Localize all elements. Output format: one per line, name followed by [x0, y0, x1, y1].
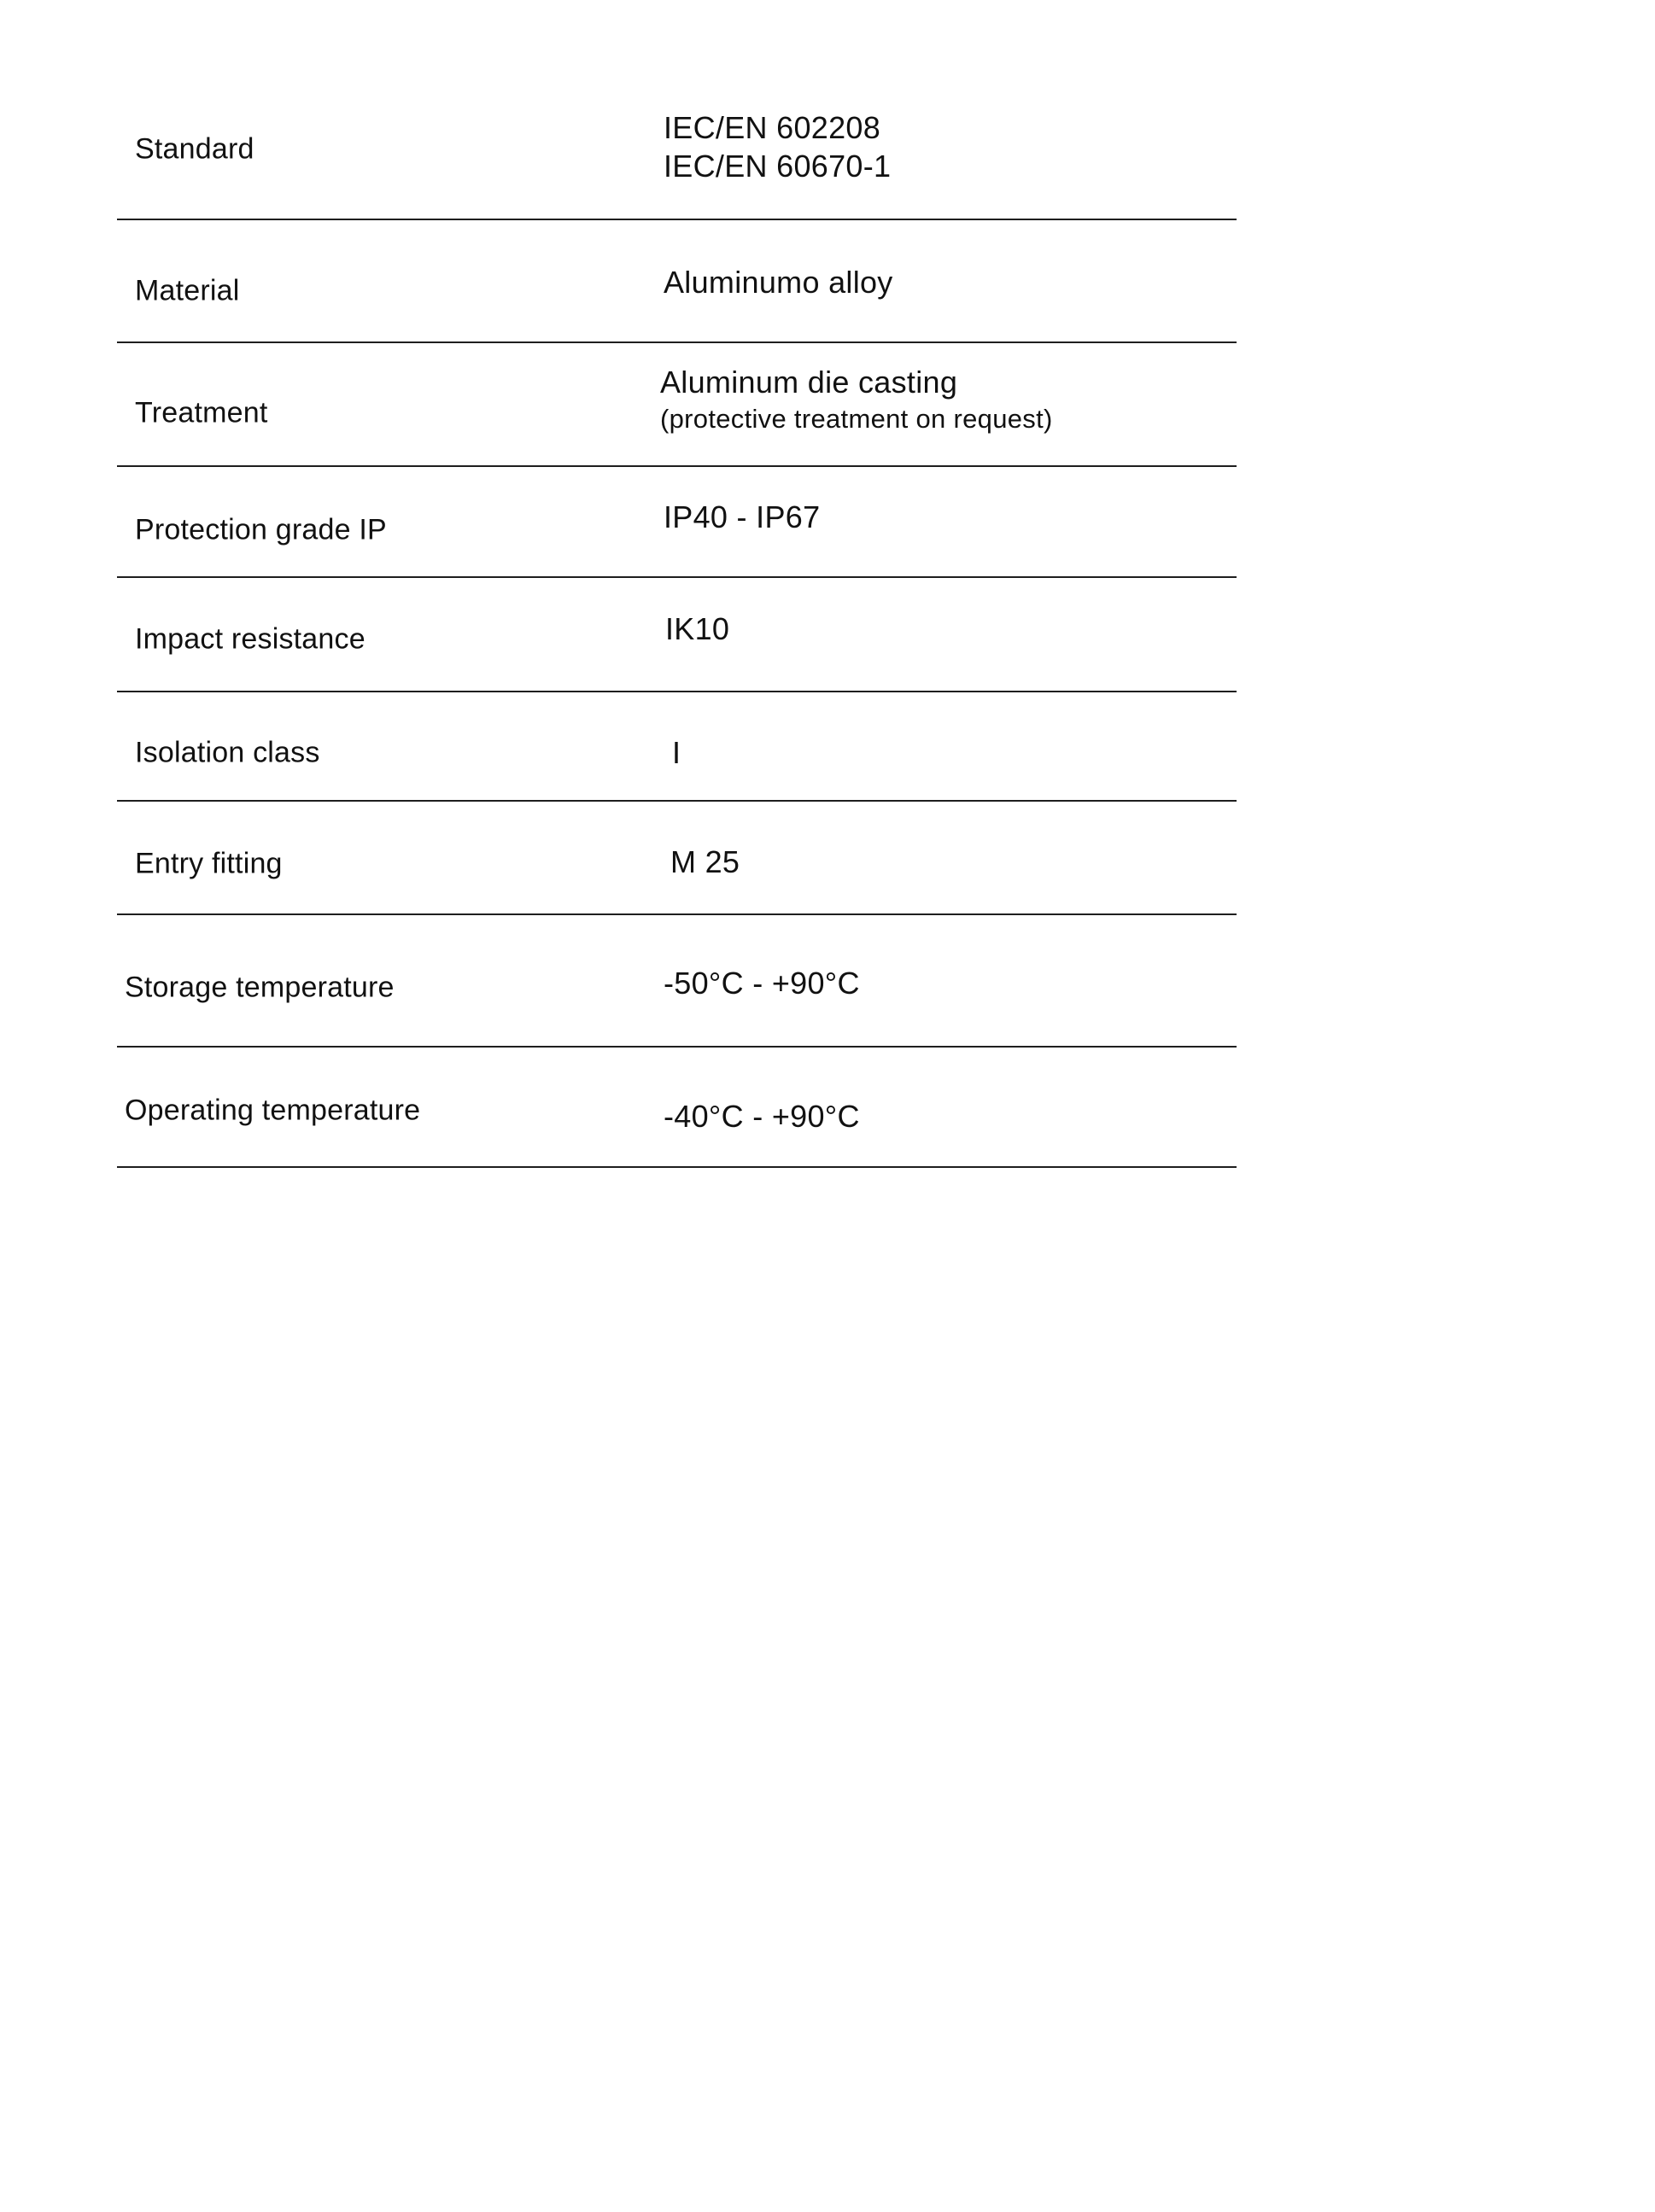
row-divider: [117, 576, 1237, 578]
row-label-material: Material: [135, 275, 240, 308]
row-value-protection-grade: IP40 - IP67: [664, 499, 820, 535]
row-divider: [117, 219, 1237, 220]
row-divider: [117, 1166, 1237, 1168]
row-divider: [117, 691, 1237, 692]
row-value-entry-fitting: M 25: [670, 844, 740, 880]
row-value-material: Aluminumo alloy: [664, 265, 893, 301]
row-label-storage-temperature: Storage temperature: [125, 972, 395, 1005]
row-label-treatment: Treatment: [135, 397, 267, 430]
row-label-protection-grade: Protection grade IP: [135, 514, 387, 547]
row-value-impact-resistance: IK10: [665, 611, 729, 647]
row-label-impact-resistance: Impact resistance: [135, 623, 366, 657]
row-divider: [117, 1046, 1237, 1048]
row-divider: [117, 913, 1237, 915]
row-value-isolation-class: I: [672, 735, 681, 771]
row-value-standard-1: IEC/EN 602208: [664, 110, 880, 146]
row-value-treatment: Aluminum die casting: [660, 365, 957, 400]
row-value-standard-2: IEC/EN 60670-1: [664, 149, 891, 184]
row-label-operating-temperature: Operating temperature: [125, 1094, 420, 1128]
row-label-standard: Standard: [135, 133, 254, 166]
row-note-treatment: (protective treatment on request): [660, 404, 1053, 435]
row-label-isolation-class: Isolation class: [135, 737, 320, 770]
row-divider: [117, 465, 1237, 467]
row-label-entry-fitting: Entry fitting: [135, 848, 283, 881]
row-value-storage-temperature: -50°C - +90°C: [664, 966, 860, 1001]
row-divider: [117, 341, 1237, 343]
row-value-operating-temperature: -40°C - +90°C: [664, 1099, 860, 1135]
row-divider: [117, 800, 1237, 802]
